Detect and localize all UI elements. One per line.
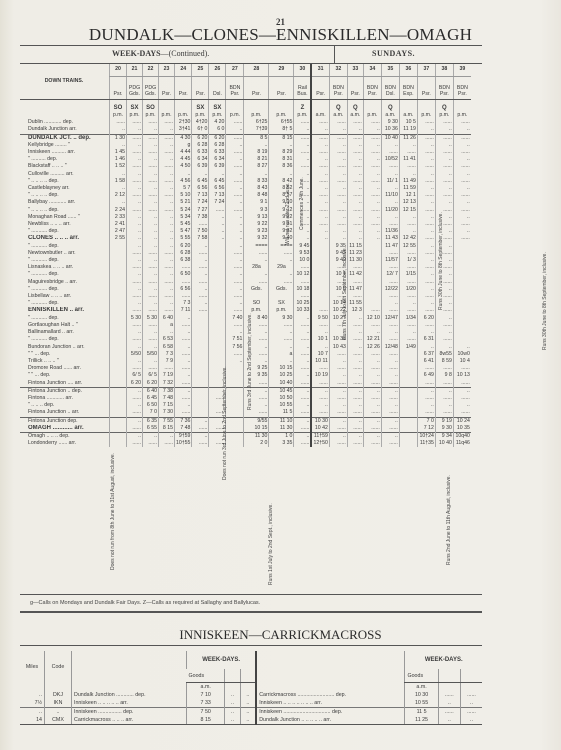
time-cell: 6 20 (209, 134, 226, 142)
table-row: Fintona ............ arr.......6 457 48.… (20, 395, 471, 402)
page-title: DUNDALK—CLONES—ENNISKILLEN—OMAGH (0, 25, 561, 45)
column-ampm: a.m. (329, 112, 347, 119)
time-cell: 7 55 (159, 417, 175, 425)
time-cell: .. (127, 171, 143, 178)
time-cell: ...... (127, 336, 143, 343)
time-cell: 11 23 (347, 250, 363, 257)
time-cell: 9 45 (294, 243, 312, 250)
time-cell: ...... (143, 279, 159, 286)
time-cell: 6 20 (417, 315, 435, 322)
time-cell: .. (159, 142, 175, 149)
time-cell: 10 40 (435, 440, 453, 447)
time-cell: ...... (159, 163, 175, 170)
time-cell: 9 32 (244, 235, 269, 242)
station-name: " .. .. .. .. dep. (20, 192, 110, 199)
time-cell: 10 43 (329, 344, 347, 351)
time-cell: .. (127, 417, 143, 425)
time-cell: 7 10 (187, 691, 225, 699)
time-cell: ...... (329, 119, 347, 126)
time-cell: .. (363, 156, 381, 163)
column-ampm: p.m. (435, 112, 453, 119)
column-ampm: a.m. (399, 112, 417, 119)
time-cell: .. (127, 387, 143, 395)
time-cell: ...... (329, 149, 347, 156)
time-cell: 12 1 (399, 192, 417, 199)
time-cell: .. (159, 214, 175, 221)
time-cell: 6 31 (417, 336, 435, 343)
time-cell: 9 53 (294, 250, 312, 257)
time-cell (363, 286, 381, 293)
column-ampm: p.m. (159, 112, 175, 119)
time-cell: .. (435, 185, 453, 192)
time-cell: ...... (175, 293, 192, 300)
time-cell: .. (294, 315, 312, 322)
time-cell: ...... (226, 279, 244, 286)
time-cell: 6 56 (209, 185, 226, 192)
time-cell: .. (417, 199, 435, 206)
branch-header-row: MilesCodeWEEK-DAYS.WEEK-DAYS. (20, 651, 482, 669)
time-cell: .. (435, 156, 453, 163)
time-cell: 8 31 (269, 156, 294, 163)
time-cell: .. (460, 699, 482, 708)
time-cell: .. (381, 171, 399, 178)
time-cell: 6 39 (192, 163, 209, 170)
time-cell: ...... (329, 440, 347, 447)
time-cell: ...... (363, 192, 381, 199)
time-cell: .. (347, 185, 363, 192)
station-name: Londonderry ...... arr. (20, 440, 110, 447)
time-cell: ...... (435, 178, 453, 185)
time-cell: .. (329, 402, 347, 409)
time-cell: ...... (363, 425, 381, 433)
time-cell (311, 243, 329, 250)
time-cell: ...... (453, 178, 471, 185)
column-code: SX (209, 100, 226, 113)
time-cell: ...... (294, 149, 312, 156)
time-cell: ...... (381, 264, 399, 271)
time-cell: 7 13 (192, 192, 209, 199)
time-cell: .. (363, 329, 381, 336)
station-code: IKN (45, 699, 72, 708)
time-cell (399, 440, 417, 447)
station-name: Inniskeen .. .. .. .. .. .. .. arr. (256, 699, 405, 708)
time-cell (209, 358, 226, 365)
time-cell: 8 48 (244, 192, 269, 199)
time-cell: 11 5 (405, 708, 438, 717)
time-cell: 11/ 1 (381, 178, 399, 185)
column-num: 24 (175, 64, 192, 77)
time-cell: 7 32 (159, 380, 175, 388)
spacer (438, 683, 460, 692)
time-cell: 1 58 (110, 178, 127, 185)
branch-title-rule (20, 645, 482, 646)
time-cell: ...... (294, 163, 312, 170)
time-cell: ...... (417, 207, 435, 214)
time-cell: .. (226, 300, 244, 307)
time-cell: 6/ 5 (127, 372, 143, 379)
time-cell: 9 50 (311, 315, 329, 322)
time-cell: .. (143, 126, 159, 134)
time-cell: .. (453, 214, 471, 221)
time-cell (110, 402, 127, 409)
time-cell: 12†50 (311, 440, 329, 447)
time-cell: .. (127, 402, 143, 409)
table-row: Newbliss .. .. .. arr.2 41......5 45....… (20, 221, 471, 228)
time-cell: 9 23 (244, 228, 269, 235)
column-ampm: p.m. (269, 112, 294, 119)
time-cell: 11 10 (269, 417, 294, 425)
time-cell: 6 55 (143, 425, 159, 433)
column-code: Q (381, 100, 399, 113)
time-cell: .. (192, 257, 209, 264)
time-cell (192, 365, 209, 372)
spacer (460, 683, 482, 692)
time-cell: .. (399, 214, 417, 221)
header-spacer (20, 100, 110, 113)
branch-row: 7½IKNInniskeen .. .. .. .. .. arr.7 33..… (20, 699, 482, 708)
time-cell: 10†24 (417, 432, 435, 440)
vertical-note: Runs 3rd June to 2nd September, inclusiv… (247, 313, 253, 410)
time-cell: .. (294, 235, 312, 242)
station-name: " ........... dep. (20, 315, 110, 322)
station-name: " .......... dep. (20, 156, 110, 163)
time-cell (311, 300, 329, 307)
time-cell (399, 365, 417, 372)
time-cell (399, 387, 417, 395)
time-cell: ...... (363, 149, 381, 156)
time-cell: 8 33 (244, 178, 269, 185)
time-cell (363, 257, 381, 264)
time-cell: 12 55 (399, 243, 417, 250)
station-header-spacer (72, 651, 187, 683)
column-ampm: p.m. (209, 112, 226, 119)
time-cell: .. (240, 699, 256, 708)
station-name: Bundoran Junction .. arr. (20, 344, 110, 351)
time-cell: ...... (347, 440, 363, 447)
time-cell: 2 41 (110, 221, 127, 228)
column-num: 32 (329, 64, 347, 77)
time-cell: 2 12 (110, 192, 127, 199)
time-cell: 11 55 (347, 300, 363, 307)
time-cell: ...... (294, 279, 312, 286)
time-cell: ...... (192, 264, 209, 271)
time-cell: .. (438, 716, 460, 725)
time-cell: 11 25 (405, 716, 438, 725)
column-num: 36 (399, 64, 417, 77)
table-row: Bundoran Junction .. arr.....6 58..7 56.… (20, 344, 471, 351)
time-cell: 9 8 (435, 372, 453, 379)
time-cell: .. (143, 432, 159, 440)
time-cell: .. (381, 387, 399, 395)
time-cell: ...... (127, 149, 143, 156)
time-cell: ...... (399, 264, 417, 271)
column-num: 37 (417, 64, 435, 77)
time-cell: .. (209, 214, 226, 221)
time-cell: ...... (381, 322, 399, 329)
time-cell: ...... (175, 380, 192, 388)
time-cell: ...... (127, 440, 143, 447)
time-cell: .. (417, 257, 435, 264)
column-type: Rail Bus. (294, 77, 312, 100)
time-cell: 7 15 (159, 402, 175, 409)
column-type: Psr. (159, 77, 175, 100)
time-cell: .. (127, 358, 143, 365)
time-cell: ...... (363, 351, 381, 358)
time-cell (453, 336, 471, 343)
time-cell: 8 15 (187, 716, 225, 725)
time-cell: 9†59 (175, 432, 192, 440)
time-cell: ...... (294, 119, 312, 126)
table-row: Dublin ............ dep.................… (20, 119, 471, 126)
time-cell (192, 315, 209, 322)
time-cell: ...... (226, 250, 244, 257)
station-name: Castleblayney arr. (20, 185, 110, 192)
time-cell: ...... (363, 119, 381, 126)
time-cell: ...... (209, 207, 226, 214)
station-name: Fintona Junction .... arr. (20, 380, 110, 388)
time-cell: .. (159, 199, 175, 206)
time-cell: 11/36 (381, 228, 399, 235)
time-cell: .. (417, 402, 435, 409)
time-cell (110, 351, 127, 358)
section-rule (20, 611, 482, 613)
time-cell: ...... (127, 207, 143, 214)
time-cell: .. (381, 329, 399, 336)
time-cell: 1/15 (399, 271, 417, 278)
time-cell: ...... (294, 365, 312, 372)
time-cell (110, 409, 127, 417)
time-cell: 5 34 (175, 214, 192, 221)
time-cell: 7 36 (175, 417, 192, 425)
branch-row: 14CMXCarrickmacross .. .. .. arr.8 15...… (20, 716, 482, 725)
time-cell: .. (435, 199, 453, 206)
time-cell (209, 315, 226, 322)
time-cell (110, 250, 127, 257)
time-cell: .. (143, 171, 159, 178)
station-name: Fintona ............ arr. (20, 395, 110, 402)
time-cell (110, 344, 127, 351)
table-row: " .. .. .. dep...6 507 15......10 55....… (20, 402, 471, 409)
time-cell: .. (363, 372, 381, 379)
time-cell: 10 12 (294, 271, 312, 278)
time-cell: ...... (381, 380, 399, 388)
column-num: 23 (159, 64, 175, 77)
time-cell (453, 286, 471, 293)
time-cell: ...... (460, 691, 482, 699)
time-cell: ...... (399, 293, 417, 300)
time-cell: ...... (294, 440, 312, 447)
time-cell: .. (294, 126, 312, 134)
time-cell: ...... (381, 279, 399, 286)
time-cell: .. (363, 214, 381, 221)
time-cell: ...... (453, 149, 471, 156)
time-cell: 12/48 (381, 344, 399, 351)
time-cell: .. (399, 329, 417, 336)
station-name: Ballybay ............ arr. (20, 199, 110, 206)
time-cell: ...... (159, 149, 175, 156)
time-cell: 1/20 (399, 286, 417, 293)
time-cell: ...... (192, 440, 209, 447)
time-cell: .. (311, 171, 329, 178)
time-cell: .. (435, 402, 453, 409)
time-cell: .. (329, 358, 347, 365)
station-name: Fintona Junction .. dep. (20, 387, 110, 395)
time-cell: ...... (453, 235, 471, 242)
time-cell: .. (435, 387, 453, 395)
time-cell: ...... (175, 336, 192, 343)
time-cell: ...... (363, 178, 381, 185)
time-cell: ...... (417, 365, 435, 372)
time-cell: .. (453, 199, 471, 206)
time-cell: ...... (159, 279, 175, 286)
time-cell (209, 344, 226, 351)
time-cell: 10 30 (405, 691, 438, 699)
time-cell: ==== (244, 243, 269, 250)
time-cell: .. (175, 387, 192, 395)
time-cell: 6 28 (192, 142, 209, 149)
time-cell: .. (453, 142, 471, 149)
time-cell: .. (143, 221, 159, 228)
time-cell (209, 300, 226, 307)
time-cell: ...... (363, 365, 381, 372)
time-cell (110, 380, 127, 388)
station-name: Lisbellaw .. .. .. arr. (20, 293, 110, 300)
time-cell: .. (175, 402, 192, 409)
time-cell: ...... (143, 134, 159, 142)
time-cell: 11/20 (381, 207, 399, 214)
time-cell: 9 19 (435, 417, 453, 425)
time-cell: ...... (417, 264, 435, 271)
table-row: Lisbellaw .. .. .. arr..................… (20, 293, 471, 300)
goods-header-right: Goods (405, 669, 438, 683)
time-cell: ...... (329, 221, 347, 228)
time-cell: ...... (347, 336, 363, 343)
time-cell: .. (347, 228, 363, 235)
station-header-spacer (256, 651, 405, 683)
time-cell: 6 20 (143, 380, 159, 388)
time-cell: 10 15 (269, 365, 294, 372)
time-cell: ...... (159, 250, 175, 257)
time-cell (363, 250, 381, 257)
time-cell: ...... (192, 425, 209, 433)
time-cell (192, 380, 209, 388)
table-row: " ........... dep.......6 38........10 0… (20, 257, 471, 264)
time-cell (363, 300, 381, 307)
time-cell (192, 336, 209, 343)
weekdays-heading: WEEK-DAYS—(Continued). (112, 49, 209, 58)
miles: 7½ (20, 699, 45, 708)
time-cell: .. (311, 329, 329, 336)
time-cell: ...... (329, 207, 347, 214)
time-cell: 10 36 (381, 126, 399, 134)
time-cell: .. (143, 358, 159, 365)
time-cell: .. (159, 286, 175, 293)
time-cell: .. (244, 271, 269, 278)
time-cell: ...... (226, 192, 244, 199)
time-cell: 6 49 (417, 372, 435, 379)
table-row: " ........... dep.......6 50........10 1… (20, 271, 471, 278)
time-cell: .. (435, 126, 453, 134)
time-cell: .. (240, 716, 256, 725)
time-cell: 11q46 (453, 440, 471, 447)
time-cell: .. (192, 417, 209, 425)
time-cell: 5 30 (127, 315, 143, 322)
time-cell (110, 279, 127, 286)
time-cell: .. (175, 171, 192, 178)
column-num: 27 (226, 64, 244, 77)
time-cell: ...... (453, 192, 471, 199)
column-code (417, 100, 435, 113)
time-cell (453, 300, 471, 307)
time-cell (311, 257, 329, 264)
time-cell: .. (329, 228, 347, 235)
ampm-left: a.m. (187, 683, 225, 692)
time-cell: ...... (294, 351, 312, 358)
time-cell: ...... (127, 264, 143, 271)
time-cell: .. (192, 432, 209, 440)
time-cell (110, 257, 127, 264)
time-cell: .. (244, 257, 269, 264)
time-cell: ...... (347, 119, 363, 126)
time-cell: ...... (127, 192, 143, 199)
time-cell (363, 264, 381, 271)
time-cell: 5 10 (175, 192, 192, 199)
time-cell: 8 21 (244, 156, 269, 163)
station-name: " " ... dep. (20, 351, 110, 358)
time-cell (226, 425, 244, 433)
time-cell: .. (329, 185, 347, 192)
time-cell: 6 50 (143, 402, 159, 409)
time-cell: 6 37 (417, 351, 435, 358)
time-cell: ...... (438, 708, 460, 717)
time-cell: ...... (159, 264, 175, 271)
empty-header (225, 669, 240, 683)
time-cell: 10 45 (269, 387, 294, 395)
time-cell: ...... (159, 192, 175, 199)
time-cell (110, 293, 127, 300)
time-cell: 12 15 (399, 207, 417, 214)
time-cell: Gds. (244, 286, 269, 293)
time-cell: .. (226, 271, 244, 278)
time-cell: ...... (347, 351, 363, 358)
time-cell: 10 15 (244, 425, 269, 433)
time-cell: .. (363, 417, 381, 425)
time-cell (192, 372, 209, 379)
time-cell: .. (329, 432, 347, 440)
time-cell: ...... (435, 395, 453, 402)
time-cell: .. (127, 199, 143, 206)
column-type: BDN Dsl. (381, 77, 399, 100)
column-type: Psr. (347, 77, 363, 100)
time-cell: .. (159, 432, 175, 440)
time-cell: ...... (159, 365, 175, 372)
time-cell: .. (347, 171, 363, 178)
column-code (363, 100, 381, 113)
time-cell (226, 409, 244, 417)
station-name: " ........... dep. (20, 286, 110, 293)
time-cell: 9 1 (244, 199, 269, 206)
time-cell: 2 55 (110, 235, 127, 242)
time-cell: ...... (347, 163, 363, 170)
time-cell: ...... (192, 307, 209, 314)
time-cell: .. (453, 171, 471, 178)
time-cell: .. (244, 171, 269, 178)
time-cell: ...... (460, 708, 482, 717)
time-cell: 12 13 (399, 199, 417, 206)
time-cell: ...... (417, 134, 435, 142)
table-row: " ........... dep.............6 53......… (20, 336, 471, 343)
time-cell: ...... (175, 279, 192, 286)
